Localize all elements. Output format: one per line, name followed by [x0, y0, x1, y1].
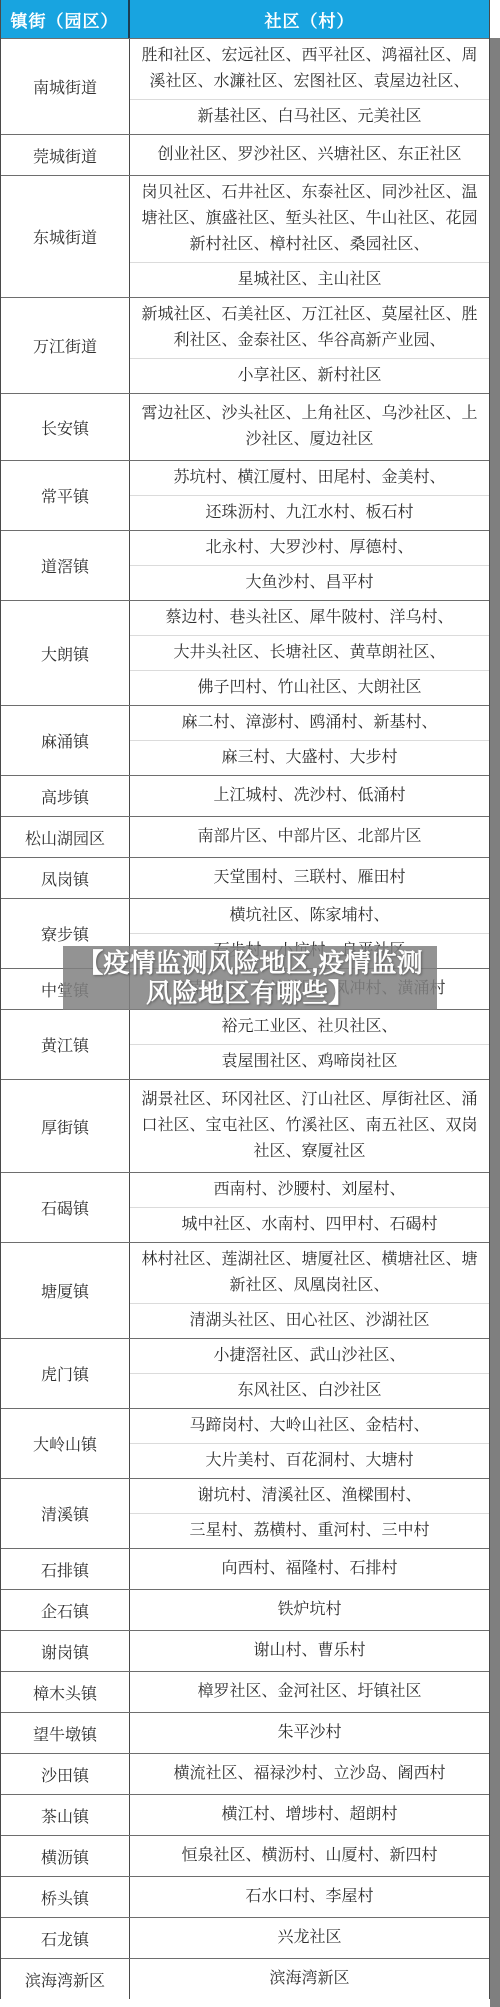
table-row: 企石镇铁炉坑村	[1, 1589, 489, 1630]
town-cell: 大朗镇	[1, 601, 130, 705]
community-group: 石水口村、李屋村	[130, 1877, 489, 1917]
community-cell: 裕元工业区、社贝社区、袁屋围社区、鸡啼岗社区	[130, 1010, 489, 1079]
community-group: 麻二村、漳澎村、鸥涌村、新基村、	[130, 706, 489, 740]
header-community-column: 社区（村）	[130, 0, 489, 38]
community-group: 东风社区、白沙社区	[130, 1373, 489, 1408]
community-cell: 马蹄岗村、大岭山社区、金桔村、大片美村、百花洞村、大塘村	[130, 1409, 489, 1478]
table-row: 茶山镇横江村、增埗村、超朗村	[1, 1794, 489, 1835]
community-group: 谢山村、曹乐村	[130, 1631, 489, 1671]
community-cell: 恒泉社区、横沥村、山厦村、新四村	[130, 1836, 489, 1876]
community-cell: 林村社区、莲湖社区、塘厦社区、横塘社区、塘新社区、凤凰岗社区、清湖头社区、田心社…	[130, 1243, 489, 1338]
town-cell: 谢岗镇	[1, 1631, 130, 1671]
table-row: 大岭山镇马蹄岗村、大岭山社区、金桔村、大片美村、百花洞村、大塘村	[1, 1408, 489, 1478]
table-row: 万江街道新城社区、石美社区、万江社区、莫屋社区、胜利社区、金泰社区、华谷高新产业…	[1, 297, 489, 393]
table-row: 麻涌镇麻二村、漳澎村、鸥涌村、新基村、麻三村、大盛村、大步村	[1, 705, 489, 775]
table-row: 沙田镇横流社区、福禄沙村、立沙岛、阇西村	[1, 1753, 489, 1794]
town-cell: 石碣镇	[1, 1173, 130, 1242]
community-group: 星城社区、主山社区	[130, 262, 489, 297]
community-cell: 兴龙社区	[130, 1918, 489, 1958]
community-group: 横流社区、福禄沙村、立沙岛、阇西村	[130, 1754, 489, 1794]
community-group: 向西村、福隆村、石排村	[130, 1549, 489, 1589]
community-group: 铁炉坑村	[130, 1590, 489, 1630]
town-cell: 松山湖园区	[1, 817, 130, 857]
community-group: 城中社区、水南村、四甲村、石碣村	[130, 1207, 489, 1242]
community-group: 北永村、大罗沙村、厚德村、	[130, 531, 489, 565]
community-cell: 北永村、大罗沙村、厚德村、大鱼沙村、昌平村	[130, 531, 489, 600]
town-cell: 滨海湾新区	[1, 1959, 130, 1999]
community-group: 天堂围村、三联村、雁田村	[130, 858, 489, 898]
table-row: 南城街道胜和社区、宏远社区、西平社区、鸿福社区、周溪社区、水濂社区、宏图社区、袁…	[1, 38, 489, 134]
community-cell: 小捷滘社区、武山沙社区、东风社区、白沙社区	[130, 1339, 489, 1408]
table-row: 东城街道岗贝社区、石井社区、东泰社区、同沙社区、温塘社区、旗盛社区、堑头社区、牛…	[1, 175, 489, 297]
table-row: 石龙镇兴龙社区	[1, 1917, 489, 1958]
community-group: 新基社区、白马社区、元美社区	[130, 99, 489, 134]
table-row: 道滘镇北永村、大罗沙村、厚德村、大鱼沙村、昌平村	[1, 530, 489, 600]
scrollbar[interactable]	[490, 38, 500, 2007]
community-group: 佛子凹村、竹山社区、大朗社区	[130, 670, 489, 705]
table-row: 厚街镇湖景社区、环冈社区、汀山社区、厚街社区、涌口社区、宝屯社区、竹溪社区、南五…	[1, 1079, 489, 1172]
table-row: 莞城街道创业社区、罗沙社区、兴塘社区、东正社区	[1, 134, 489, 175]
community-group: 裕元工业区、社贝社区、	[130, 1010, 489, 1044]
community-group: 新城社区、石美社区、万江社区、莫屋社区、胜利社区、金泰社区、华谷高新产业园、	[130, 298, 489, 358]
community-group: 清湖头社区、田心社区、沙湖社区	[130, 1303, 489, 1338]
table-row: 滨海湾新区滨海湾新区	[1, 1958, 489, 1999]
table-row: 石排镇向西村、福隆村、石排村	[1, 1548, 489, 1589]
town-cell: 万江街道	[1, 298, 130, 393]
table-body: 南城街道胜和社区、宏远社区、西平社区、鸿福社区、周溪社区、水濂社区、宏图社区、袁…	[1, 38, 489, 1999]
community-cell: 向西村、福隆村、石排村	[130, 1549, 489, 1589]
table-row: 横沥镇恒泉社区、横沥村、山厦村、新四村	[1, 1835, 489, 1876]
town-cell: 莞城街道	[1, 135, 130, 175]
town-cell: 大岭山镇	[1, 1409, 130, 1478]
community-group: 小捷滘社区、武山沙社区、	[130, 1339, 489, 1373]
town-cell: 清溪镇	[1, 1479, 130, 1548]
table-row: 樟木头镇樟罗社区、金河社区、圩镇社区	[1, 1671, 489, 1712]
table-row: 望牛墩镇朱平沙村	[1, 1712, 489, 1753]
table-row: 大朗镇蔡边村、巷头社区、犀牛陂村、洋乌村、大井头社区、长塘社区、黄草朗社区、佛子…	[1, 600, 489, 705]
town-cell: 长安镇	[1, 394, 130, 460]
community-cell: 谢坑村、清溪社区、渔樑围村、三星村、荔横村、重河村、三中村	[130, 1479, 489, 1548]
community-group: 滨海湾新区	[130, 1959, 489, 1999]
town-cell: 高埗镇	[1, 776, 130, 816]
town-cell: 南城街道	[1, 39, 130, 134]
community-cell: 石水口村、李屋村	[130, 1877, 489, 1917]
community-group: 南部片区、中部片区、北部片区	[130, 817, 489, 857]
town-cell: 望牛墩镇	[1, 1713, 130, 1753]
table-row: 长安镇霄边社区、沙头社区、上角社区、乌沙社区、上沙社区、厦边社区	[1, 393, 489, 460]
community-cell: 铁炉坑村	[130, 1590, 489, 1630]
town-cell: 凤岗镇	[1, 858, 130, 898]
community-group: 西南村、沙腰村、刘屋村、	[130, 1173, 489, 1207]
header-town-column: 镇街（园区）	[1, 0, 130, 38]
community-group: 大片美村、百花洞村、大塘村	[130, 1443, 489, 1478]
town-cell: 石排镇	[1, 1549, 130, 1589]
community-group: 横坑社区、陈家埔村、	[130, 899, 489, 933]
community-group: 创业社区、罗沙社区、兴塘社区、东正社区	[130, 135, 489, 175]
community-cell: 新城社区、石美社区、万江社区、莫屋社区、胜利社区、金泰社区、华谷高新产业园、小享…	[130, 298, 489, 393]
community-cell: 谢山村、曹乐村	[130, 1631, 489, 1671]
community-group: 小享社区、新村社区	[130, 358, 489, 393]
community-cell: 樟罗社区、金河社区、圩镇社区	[130, 1672, 489, 1712]
town-cell: 虎门镇	[1, 1339, 130, 1408]
community-cell: 创业社区、罗沙社区、兴塘社区、东正社区	[130, 135, 489, 175]
community-cell: 蔡边村、巷头社区、犀牛陂村、洋乌村、大井头社区、长塘社区、黄草朗社区、佛子凹村、…	[130, 601, 489, 705]
page: 镇街（园区） 社区（村） 南城街道胜和社区、宏远社区、西平社区、鸿福社区、周溪社…	[0, 0, 500, 2007]
community-group: 还珠沥村、九江水村、板石村	[130, 495, 489, 530]
town-cell: 塘厦镇	[1, 1243, 130, 1338]
town-cell: 东城街道	[1, 176, 130, 297]
community-group: 湖景社区、环冈社区、汀山社区、厚街社区、涌口社区、宝屯社区、竹溪社区、南五社区、…	[130, 1080, 489, 1172]
table-row: 虎门镇小捷滘社区、武山沙社区、东风社区、白沙社区	[1, 1338, 489, 1408]
community-cell: 麻二村、漳澎村、鸥涌村、新基村、麻三村、大盛村、大步村	[130, 706, 489, 775]
table-header: 镇街（园区） 社区（村）	[1, 0, 489, 38]
town-cell: 桥头镇	[1, 1877, 130, 1917]
community-group: 三星村、荔横村、重河村、三中村	[130, 1513, 489, 1548]
town-cell: 沙田镇	[1, 1754, 130, 1794]
community-cell: 滨海湾新区	[130, 1959, 489, 1999]
table-row: 高埗镇上江城村、冼沙村、低涌村	[1, 775, 489, 816]
community-cell: 湖景社区、环冈社区、汀山社区、厚街社区、涌口社区、宝屯社区、竹溪社区、南五社区、…	[130, 1080, 489, 1172]
town-cell: 樟木头镇	[1, 1672, 130, 1712]
community-group: 胜和社区、宏远社区、西平社区、鸿福社区、周溪社区、水濂社区、宏图社区、袁屋边社区…	[130, 39, 489, 99]
community-group: 岗贝社区、石井社区、东泰社区、同沙社区、温塘社区、旗盛社区、堑头社区、牛山社区、…	[130, 176, 489, 262]
town-cell: 横沥镇	[1, 1836, 130, 1876]
community-cell: 霄边社区、沙头社区、上角社区、乌沙社区、上沙社区、厦边社区	[130, 394, 489, 460]
community-group: 上江城村、冼沙村、低涌村	[130, 776, 489, 816]
community-cell: 上江城村、冼沙村、低涌村	[130, 776, 489, 816]
community-group: 蔡边村、巷头社区、犀牛陂村、洋乌村、	[130, 601, 489, 635]
community-cell: 岗贝社区、石井社区、东泰社区、同沙社区、温塘社区、旗盛社区、堑头社区、牛山社区、…	[130, 176, 489, 297]
town-cell: 厚街镇	[1, 1080, 130, 1172]
community-cell: 朱平沙村	[130, 1713, 489, 1753]
community-group: 袁屋围社区、鸡啼岗社区	[130, 1044, 489, 1079]
community-cell: 天堂围村、三联村、雁田村	[130, 858, 489, 898]
town-cell: 茶山镇	[1, 1795, 130, 1835]
watermark-text: 【疫情监测风险地区,疫情监测风险地区有哪些】	[65, 948, 435, 1008]
community-group: 林村社区、莲湖社区、塘厦社区、横塘社区、塘新社区、凤凰岗社区、	[130, 1243, 489, 1303]
community-group: 樟罗社区、金河社区、圩镇社区	[130, 1672, 489, 1712]
table-row: 石碣镇西南村、沙腰村、刘屋村、城中社区、水南村、四甲村、石碣村	[1, 1172, 489, 1242]
community-cell: 南部片区、中部片区、北部片区	[130, 817, 489, 857]
town-cell: 常平镇	[1, 461, 130, 530]
community-group: 麻三村、大盛村、大步村	[130, 740, 489, 775]
table-row: 凤岗镇天堂围村、三联村、雁田村	[1, 857, 489, 898]
community-group: 霄边社区、沙头社区、上角社区、乌沙社区、上沙社区、厦边社区	[130, 394, 489, 460]
community-cell: 西南村、沙腰村、刘屋村、城中社区、水南村、四甲村、石碣村	[130, 1173, 489, 1242]
town-cell: 道滘镇	[1, 531, 130, 600]
community-group: 横江村、增埗村、超朗村	[130, 1795, 489, 1835]
community-group: 马蹄岗村、大岭山社区、金桔村、	[130, 1409, 489, 1443]
table-row: 清溪镇谢坑村、清溪社区、渔樑围村、三星村、荔横村、重河村、三中村	[1, 1478, 489, 1548]
community-group: 恒泉社区、横沥村、山厦村、新四村	[130, 1836, 489, 1876]
table-row: 黄江镇裕元工业区、社贝社区、袁屋围社区、鸡啼岗社区	[1, 1009, 489, 1079]
table-row: 谢岗镇谢山村、曹乐村	[1, 1630, 489, 1671]
community-group: 朱平沙村	[130, 1713, 489, 1753]
table-row: 常平镇苏坑村、横江厦村、田尾村、金美村、还珠沥村、九江水村、板石村	[1, 460, 489, 530]
table-row: 塘厦镇林村社区、莲湖社区、塘厦社区、横塘社区、塘新社区、凤凰岗社区、清湖头社区、…	[1, 1242, 489, 1338]
community-group: 谢坑村、清溪社区、渔樑围村、	[130, 1479, 489, 1513]
town-cell: 石龙镇	[1, 1918, 130, 1958]
community-cell: 横江村、增埗村、超朗村	[130, 1795, 489, 1835]
table-row: 桥头镇石水口村、李屋村	[1, 1876, 489, 1917]
table-row: 松山湖园区南部片区、中部片区、北部片区	[1, 816, 489, 857]
community-cell: 苏坑村、横江厦村、田尾村、金美村、还珠沥村、九江水村、板石村	[130, 461, 489, 530]
community-group: 大井头社区、长塘社区、黄草朗社区、	[130, 635, 489, 670]
town-cell: 麻涌镇	[1, 706, 130, 775]
community-group: 苏坑村、横江厦村、田尾村、金美村、	[130, 461, 489, 495]
community-cell: 胜和社区、宏远社区、西平社区、鸿福社区、周溪社区、水濂社区、宏图社区、袁屋边社区…	[130, 39, 489, 134]
community-group: 大鱼沙村、昌平村	[130, 565, 489, 600]
watermark-overlay: 【疫情监测风险地区,疫情监测风险地区有哪些】	[63, 946, 437, 1010]
community-cell: 横流社区、福禄沙村、立沙岛、阇西村	[130, 1754, 489, 1794]
town-cell: 企石镇	[1, 1590, 130, 1630]
community-group: 兴龙社区	[130, 1918, 489, 1958]
town-cell: 黄江镇	[1, 1010, 130, 1079]
